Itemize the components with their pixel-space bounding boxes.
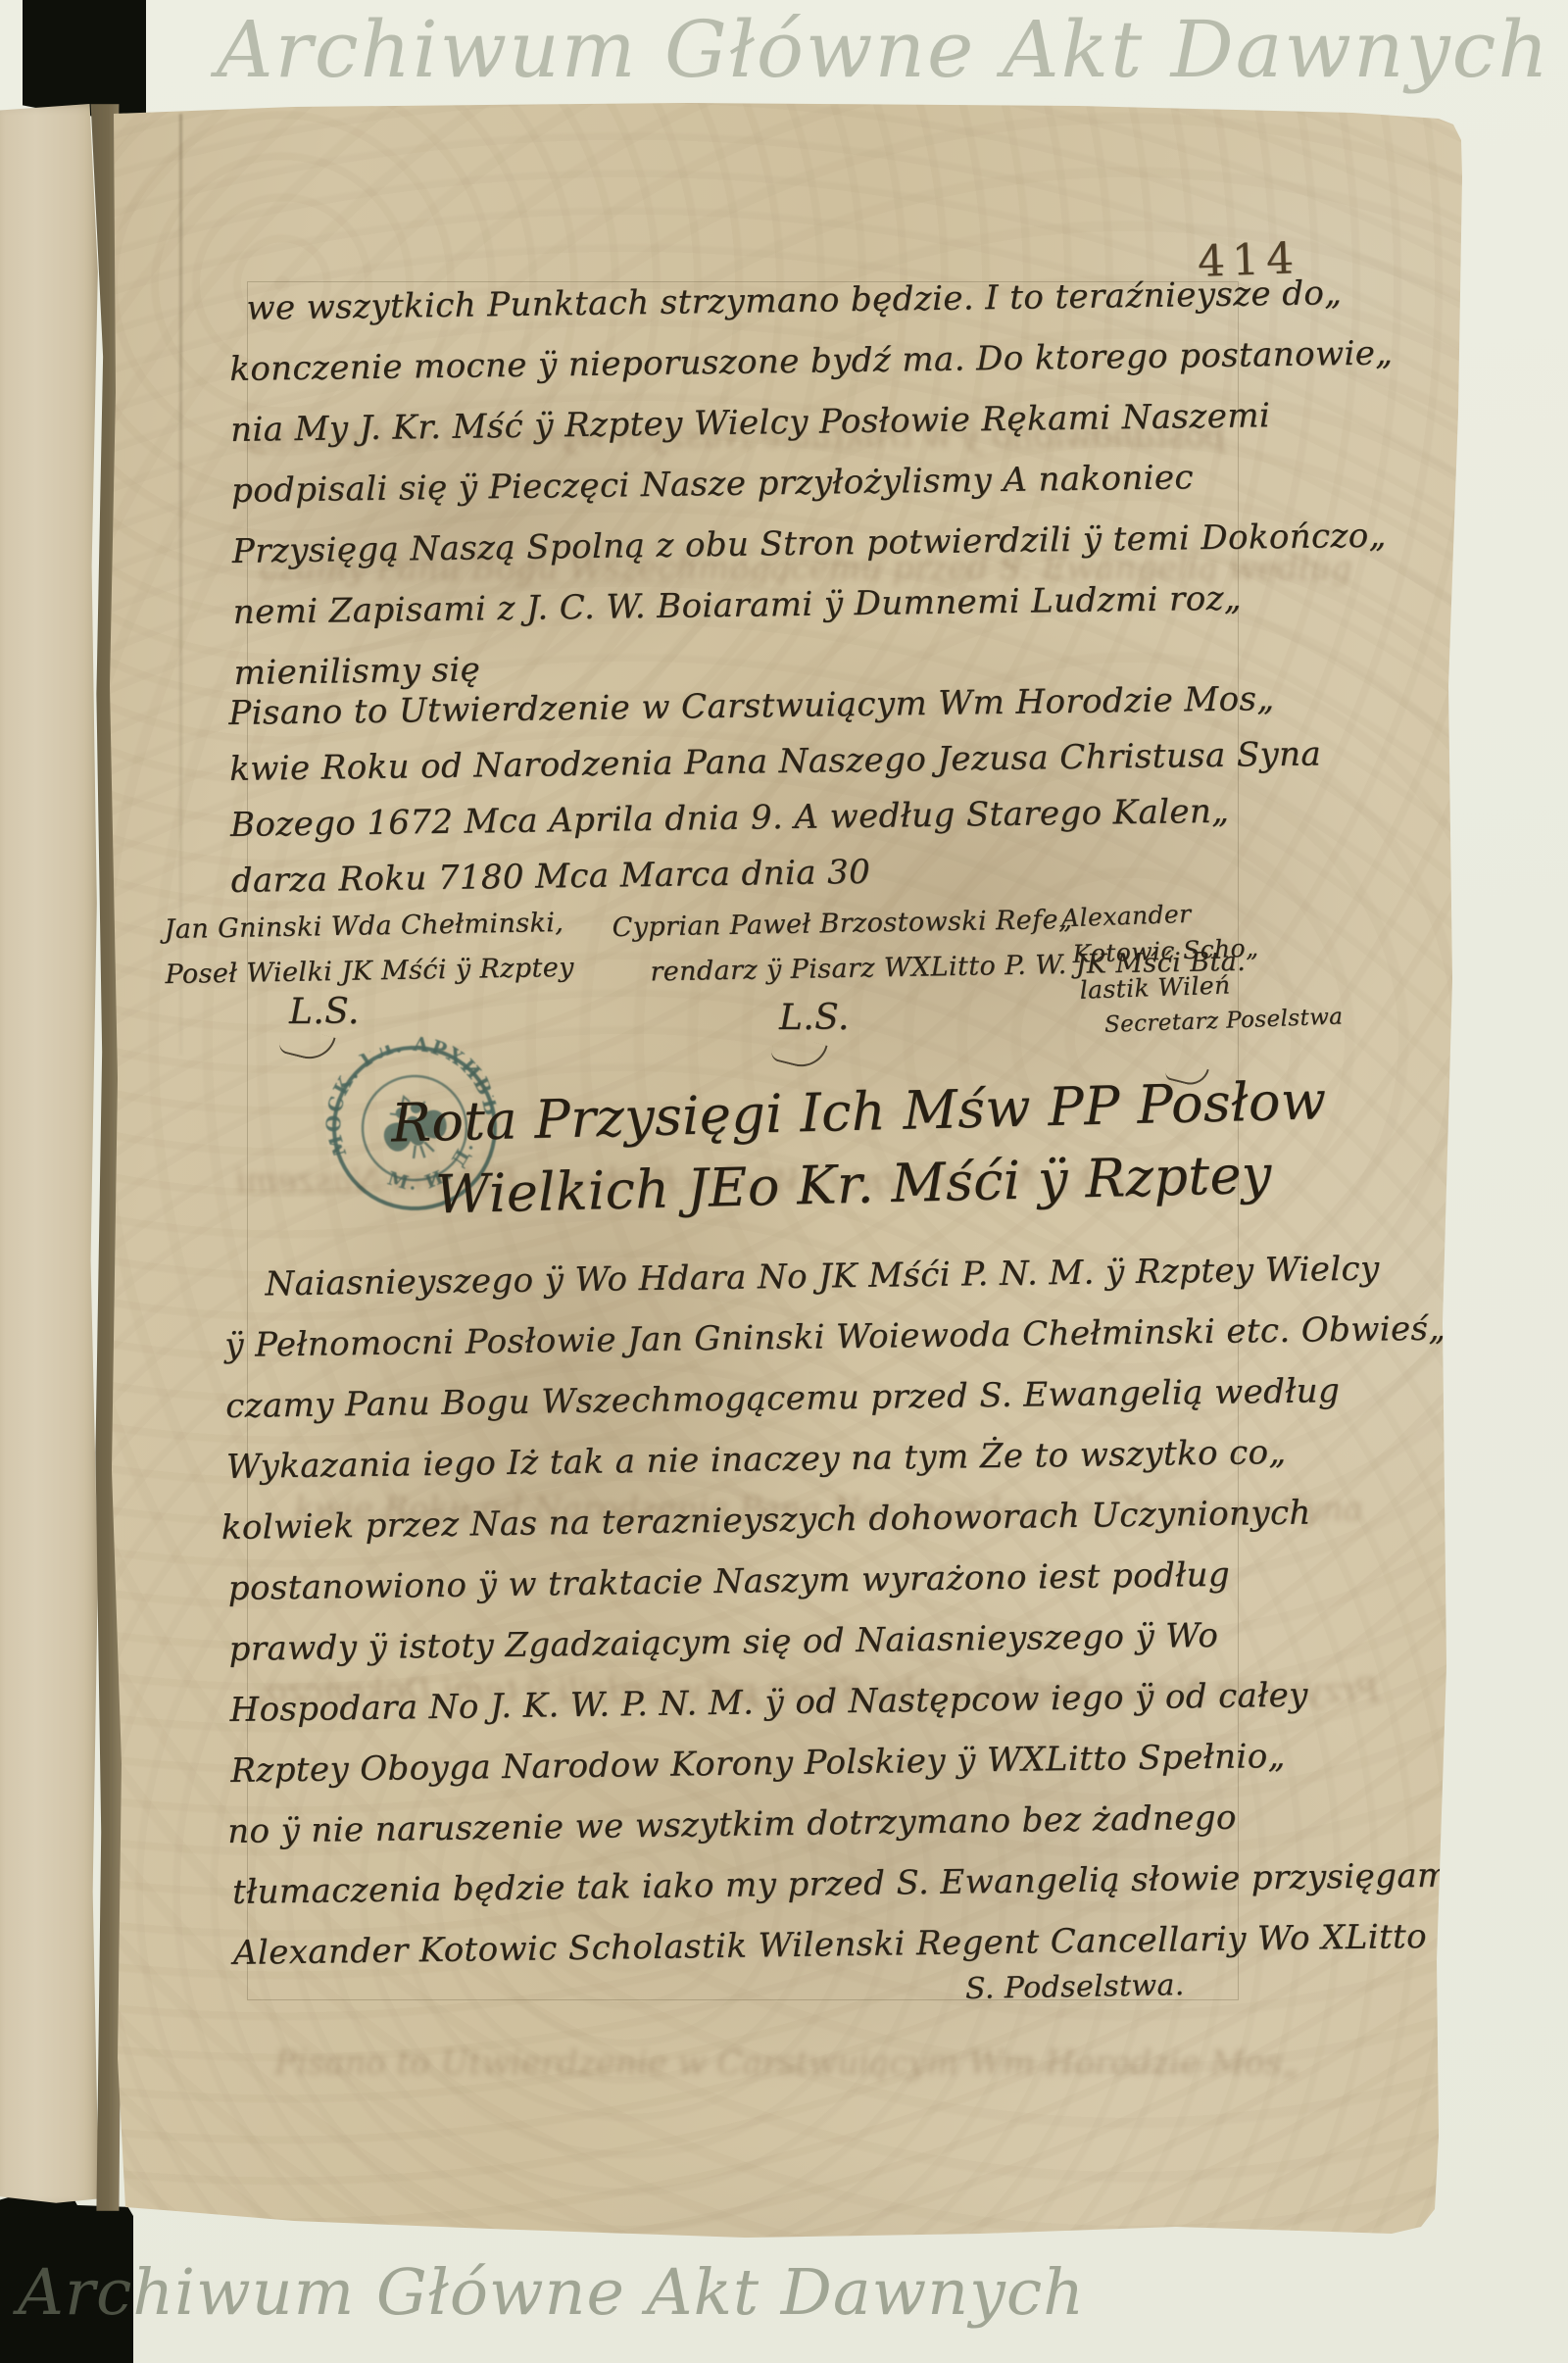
locus-sigilli-left: L.S. bbox=[289, 992, 360, 1032]
signature-center: Cyprian Paweł Brzostowski Refe„ rendarz … bbox=[612, 898, 1074, 996]
oath-paragraph: Naiasnieyszego ÿ Wo Hdara No JK Mśći P. … bbox=[223, 1240, 1321, 1984]
manuscript-page: postanowiono ÿ w traktacie Naszym wyrażo… bbox=[0, 0, 1568, 2363]
oath-heading: Rota Przysięgi Ich Mśw PP Posłow Wielkic… bbox=[390, 1065, 1314, 1233]
signature-line: rendarz ÿ Pisarz WXLitto P. W. JK Mśći B… bbox=[650, 943, 1074, 996]
archive-watermark-bottom: Archiwum Główne Akt Dawnych bbox=[18, 2256, 1085, 2330]
signature-line: Poseł Wielki JK Mśći ÿ Rzptey bbox=[165, 945, 626, 998]
oath-closing-line: S. Podselstwa. bbox=[965, 1968, 1185, 2006]
signature-line: Jan Gninski Wda Chełminski, bbox=[164, 900, 625, 953]
archive-watermark-top: Archiwum Główne Akt Dawnych bbox=[217, 4, 1550, 95]
book-spine-top bbox=[23, 0, 146, 120]
signature-line: Secretarz Poselstwa bbox=[1103, 1001, 1310, 1044]
closing-paragraph: we wszytkich Punktach strzymano będzie. … bbox=[228, 264, 1293, 704]
archive-scan: postanowiono ÿ w traktacie Naszym wyrażo… bbox=[0, 0, 1568, 2363]
previous-page-edge bbox=[0, 104, 102, 2207]
locus-sigilli-center: L.S. bbox=[779, 998, 850, 1038]
signature-line: Cyprian Paweł Brzostowski Refe„ bbox=[612, 898, 1073, 951]
signature-left: Jan Gninski Wda Chełminski, Poseł Wielki… bbox=[164, 900, 626, 998]
dating-paragraph: Pisano to Utwierdzenie w Carstwuiącym Wm… bbox=[228, 671, 1290, 910]
signature-right: Alexander Kotowic Scho„ lastik Wileń Sec… bbox=[1060, 892, 1310, 1046]
